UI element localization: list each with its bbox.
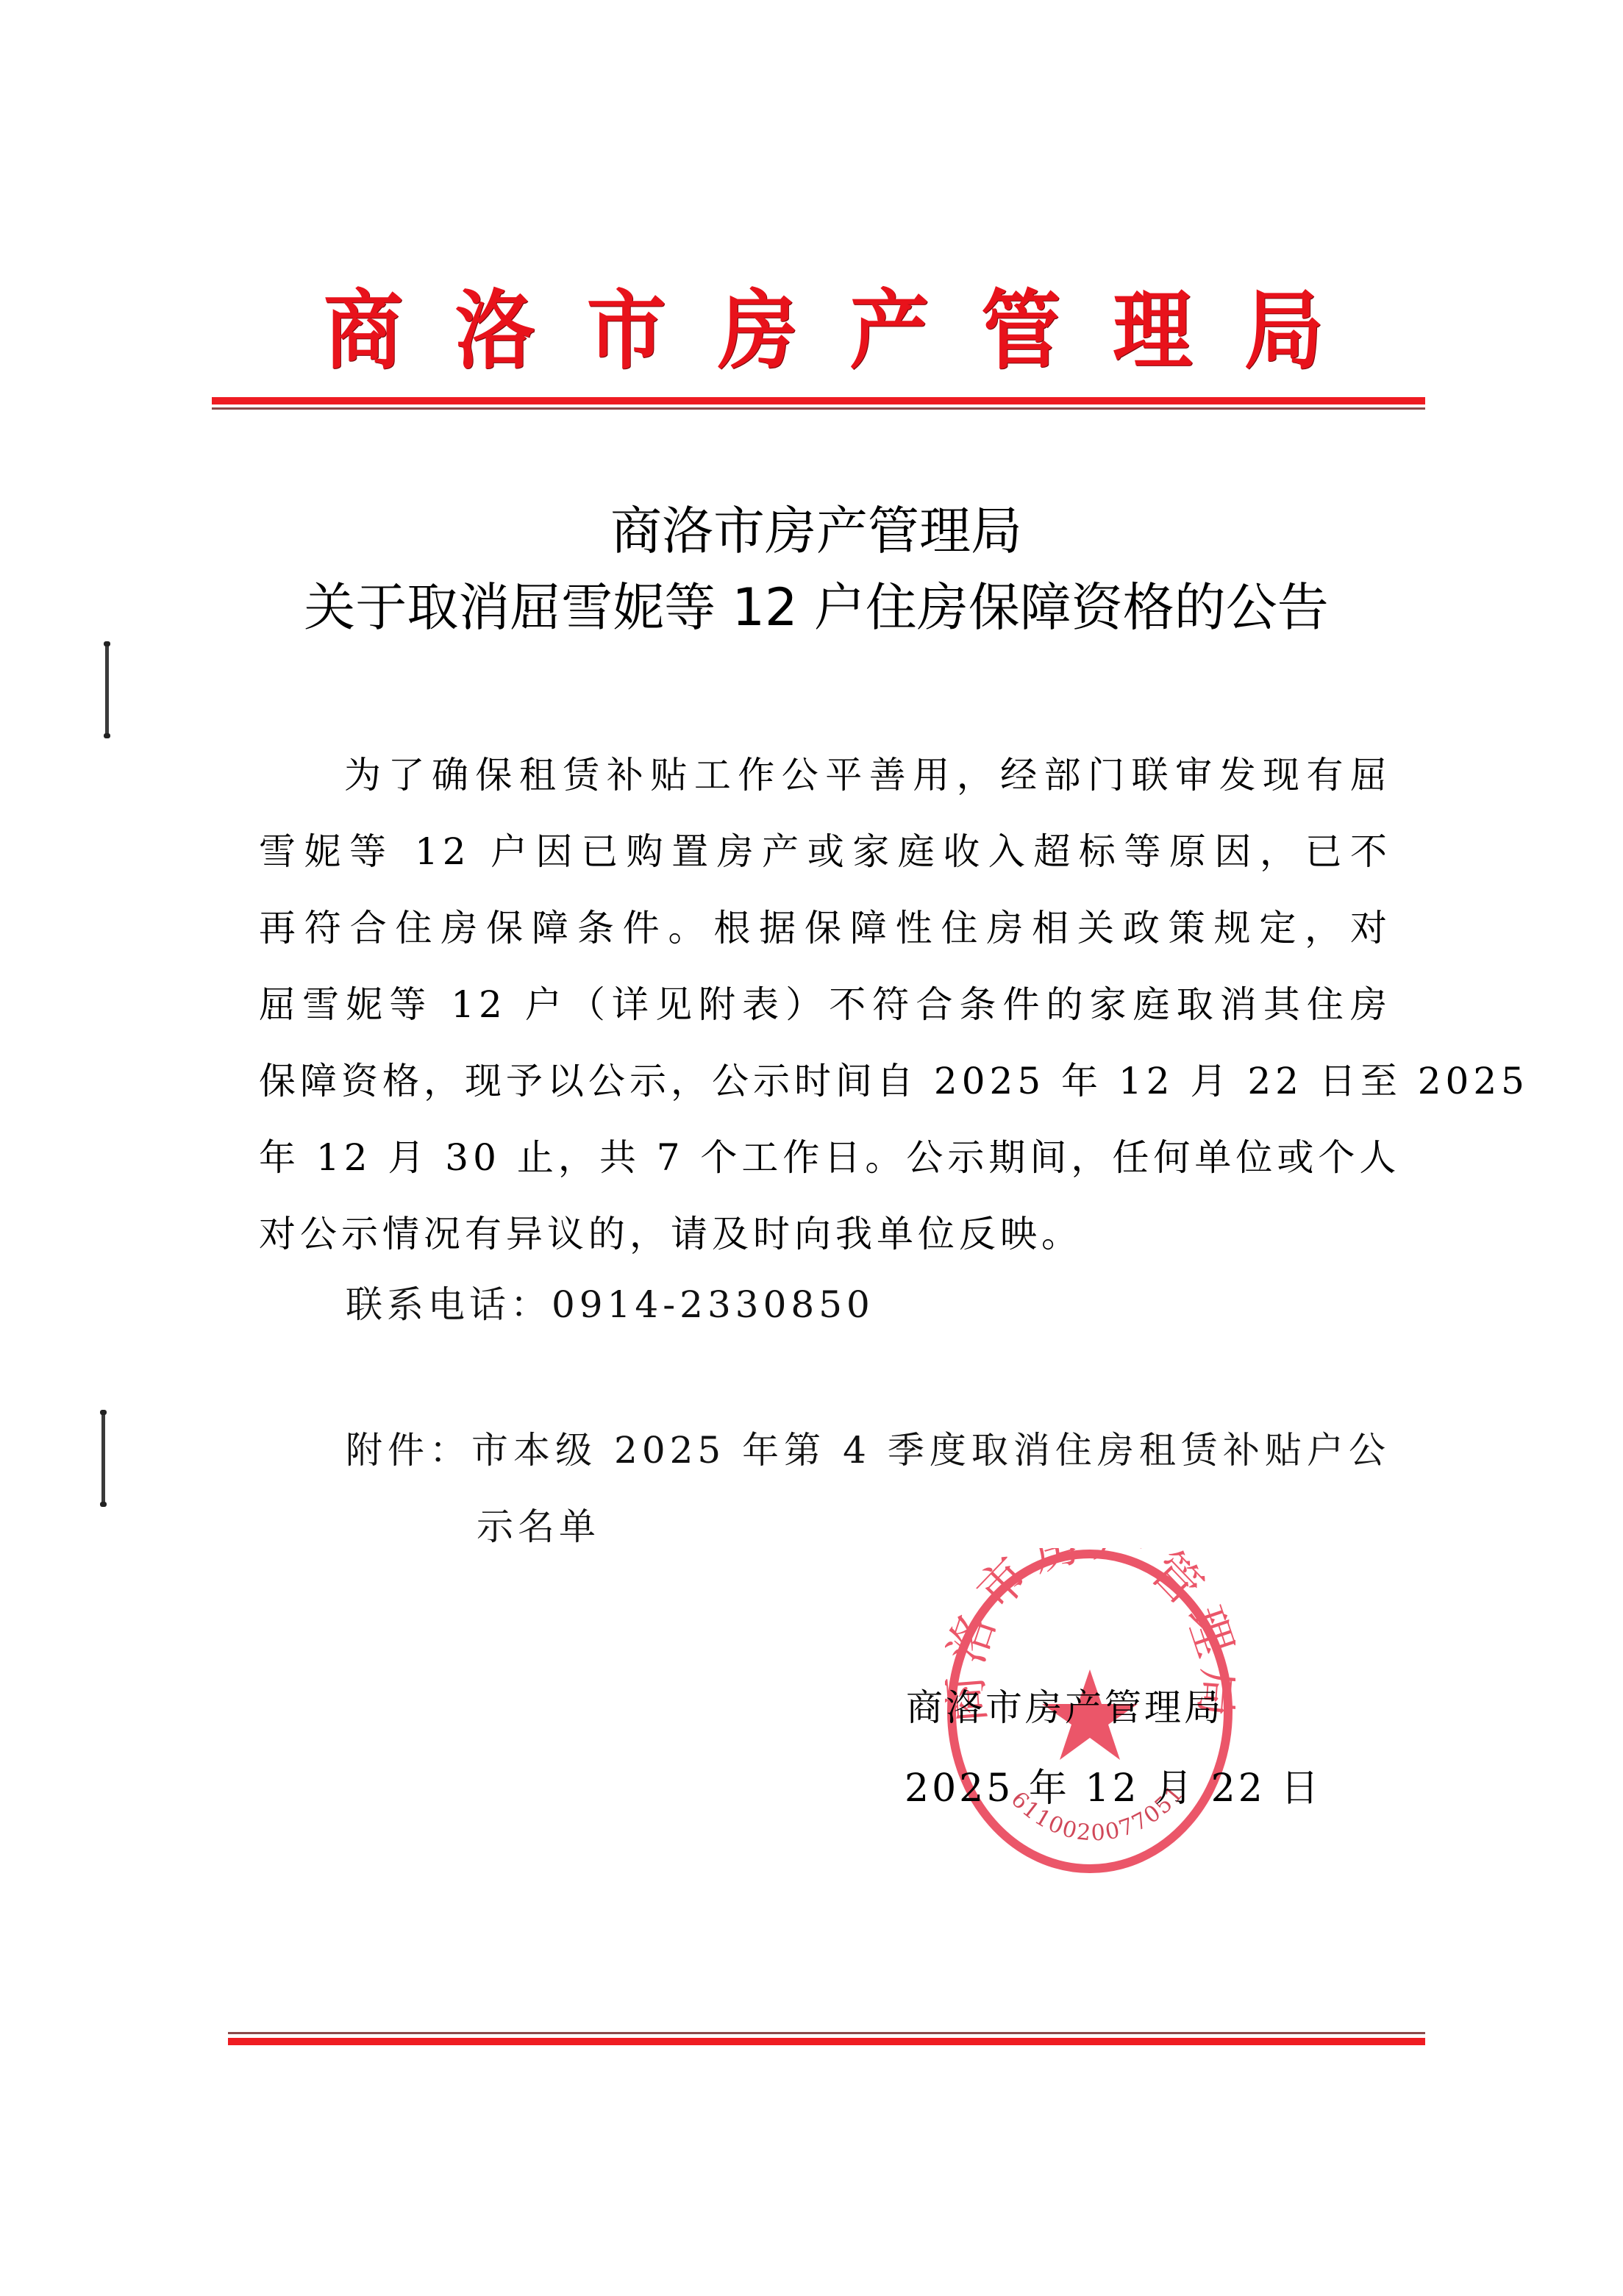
body-line: 保障资格，现予以公示，公示时间自 2025 年 12 月 22 日至 2025: [259, 1043, 1391, 1119]
masthead-char: 商: [324, 288, 403, 374]
signature-org: 商洛市房产管理局: [906, 1669, 1224, 1746]
masthead-char: 管: [981, 288, 1060, 374]
body-line: 雪妮等 12 户因已购置房产或家庭收入超标等原因，已不: [259, 813, 1391, 890]
contact-line: 联系电话：0914-2330850: [346, 1266, 874, 1343]
title-line-2: 关于取消屈雪妮等 12 户住房保障资格的公告: [221, 569, 1412, 646]
attachment-label: 附件：: [346, 1429, 471, 1472]
binding-mark-bottom: [101, 1410, 105, 1507]
attachment-title: 市本级 2025 年第 4 季度取消住房租赁补贴户公: [471, 1429, 1390, 1472]
footer-rule-thin: [228, 2032, 1425, 2034]
masthead-org-name: 商 洛 市 房 产 管 理 局: [324, 279, 1324, 382]
masthead-char: 局: [1244, 288, 1324, 374]
binding-mark-top: [105, 641, 109, 738]
contact-label: 联系电话：: [346, 1283, 552, 1326]
document-title: 商洛市房产管理局 关于取消屈雪妮等 12 户住房保障资格的公告: [221, 493, 1412, 646]
attachment-line-1: 附件：市本级 2025 年第 4 季度取消住房租赁补贴户公: [346, 1412, 1390, 1489]
masthead-char: 房: [718, 288, 798, 374]
body-line: 年 12 月 30 止，共 7 个工作日。公示期间，任何单位或个人: [259, 1119, 1391, 1196]
contact-phone: 0914-2330850: [552, 1283, 874, 1326]
masthead-char: 市: [587, 288, 666, 374]
masthead-char: 理: [1113, 288, 1192, 374]
body-line: 再符合住房保障条件。根据保障性住房相关政策规定，对: [259, 890, 1391, 966]
masthead-char: 产: [849, 288, 929, 374]
body-line: 屈雪妮等 12 户（详见附表）不符合条件的家庭取消其住房: [259, 966, 1391, 1043]
masthead-rule-thick: [212, 397, 1425, 404]
body-line: 对公示情况有异议的，请及时向我单位反映。: [259, 1196, 1391, 1272]
title-line-1: 商洛市房产管理局: [221, 493, 1412, 569]
body-paragraph: 为了确保租赁补贴工作公平善用，经部门联审发现有屈 雪妮等 12 户因已购置房产或…: [259, 737, 1391, 1272]
footer-rule-thick: [228, 2038, 1425, 2045]
signature-date: 2025 年 12 月 22 日: [905, 1750, 1321, 1827]
masthead-char: 洛: [455, 288, 535, 374]
masthead-rule-thin: [212, 407, 1425, 410]
body-line: 为了确保租赁补贴工作公平善用，经部门联审发现有屈: [259, 737, 1391, 813]
attachment-line-2: 示名单: [477, 1489, 600, 1565]
